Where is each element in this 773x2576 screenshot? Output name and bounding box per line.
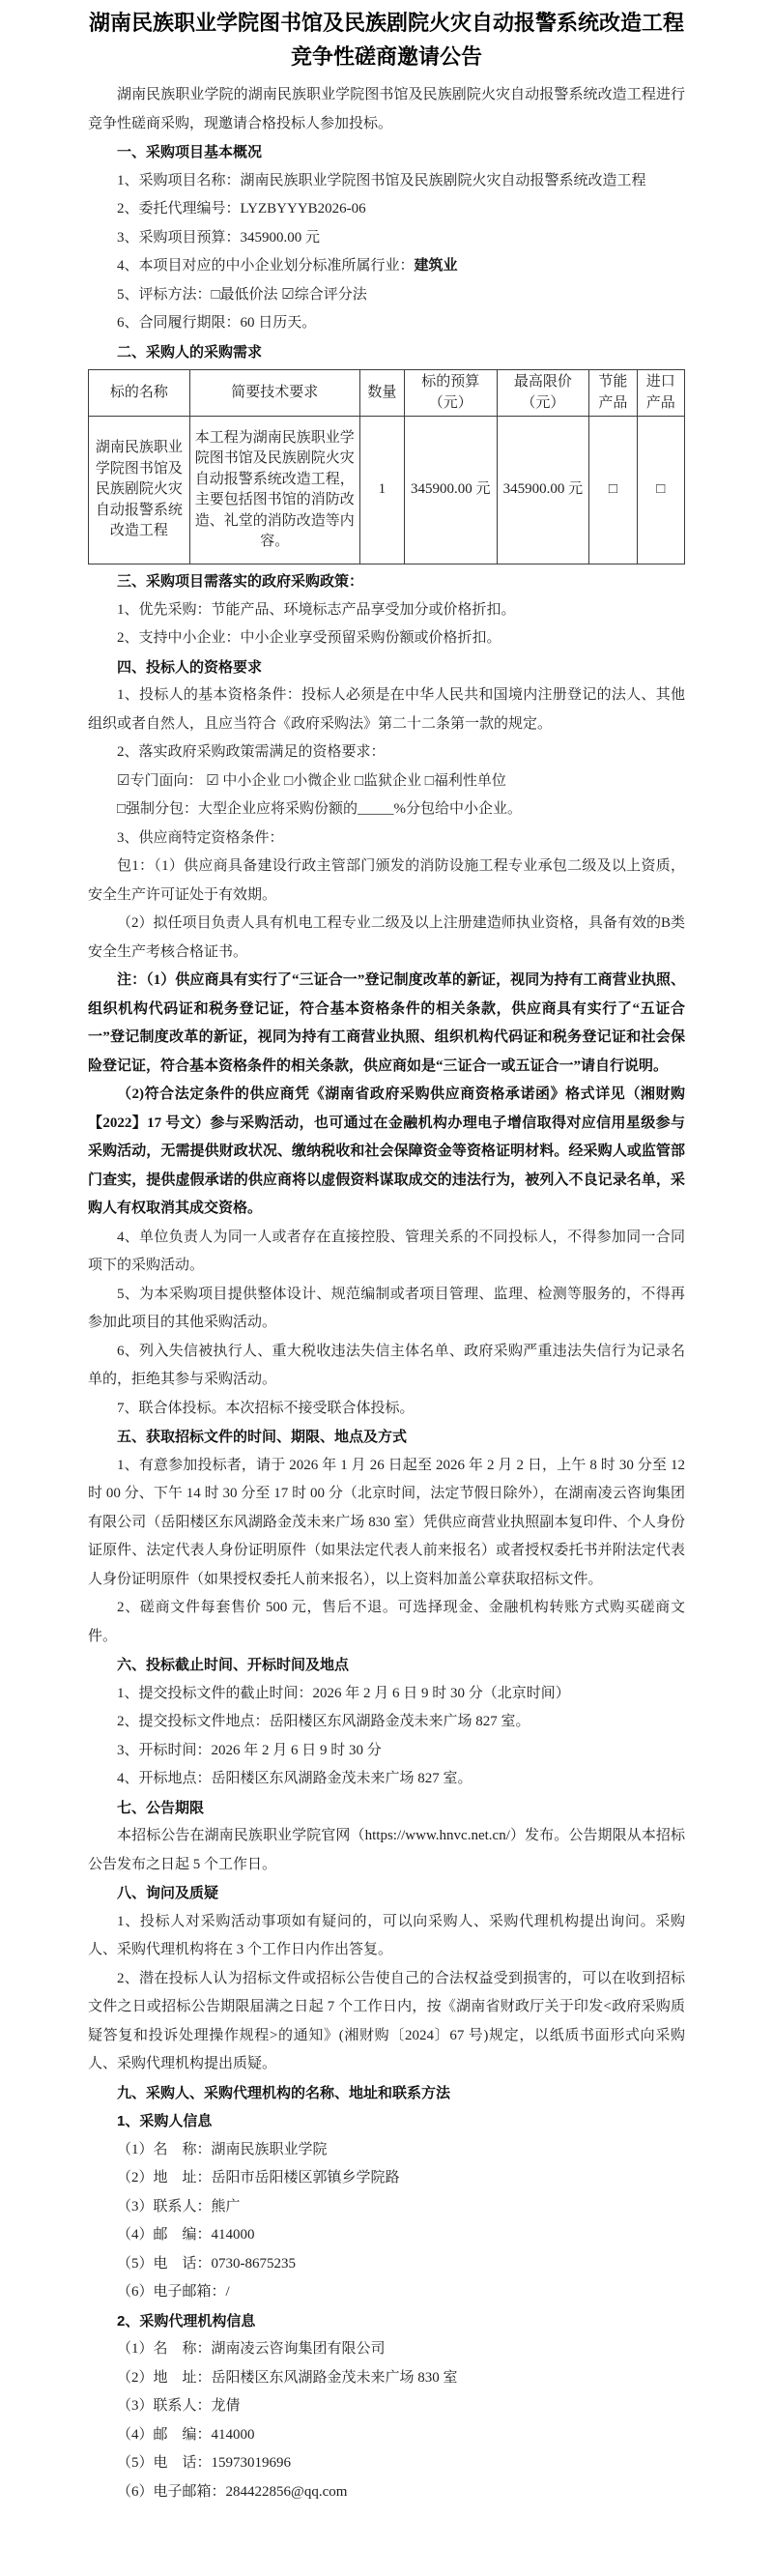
col-header-budget: 标的预算（元）	[404, 370, 497, 417]
bid-submission-place-item: 2、提交投标文件地点：岳阳楼区东风湖路金茂未来广场 827 室。	[88, 1708, 685, 1737]
energy-product-checkbox: □	[589, 417, 637, 564]
bid-opening-time-item: 3、开标时间：2026 年 2 月 6 日 9 时 30 分	[88, 1737, 685, 1766]
requirements-table: 标的名称 简要技术要求 数量 标的预算（元） 最高限价（元） 节能产品 进口产品…	[88, 369, 685, 564]
buyer-contact-item: （3）联系人：熊广	[88, 2193, 685, 2222]
agency-email-item: （6）电子邮箱：284422856@qq.com	[88, 2478, 685, 2507]
package1-requirement-2: （2）拟任项目负责人具有机电工程专业二级及以上注册建造师执业资格，具备有效的B类…	[88, 910, 685, 967]
agency-name-item: （1）名 称：湖南凌云咨询集团有限公司	[88, 2335, 685, 2364]
industry-label: 4、本项目对应的中小企业划分标准所属行业：	[117, 258, 415, 274]
table-header-row: 标的名称 简要技术要求 数量 标的预算（元） 最高限价（元） 节能产品 进口产品	[89, 370, 685, 417]
table-data-row: 湖南民族职业学院图书馆及民族剧院火灾自动报警系统改造工程 本工程为湖南民族职业学…	[89, 417, 685, 564]
agency-zipcode-item: （4）邮 编：414000	[88, 2421, 685, 2450]
section-7-heading: 七、公告期限	[88, 1794, 685, 1823]
priority-procurement-item: 1、优先采购：节能产品、环境标志产品享受加分或价格折扣。	[88, 596, 685, 625]
page-title-line-1: 湖南民族职业学院图书馆及民族剧院火灾自动报警系统改造工程	[88, 6, 685, 40]
section-1-heading: 一、采购项目基本概况	[88, 138, 685, 167]
sme-support-item: 2、支持中小企业：中小企业享受预留采购份额或价格折扣。	[88, 624, 685, 653]
specific-qualification-item: 3、供应商特定资格条件：	[88, 825, 685, 854]
section-9-heading: 九、采购人、采购代理机构的名称、地址和联系方法	[88, 2079, 685, 2108]
agency-phone-item: （5）电 话：15973019696	[88, 2449, 685, 2478]
col-header-subject-name: 标的名称	[89, 370, 190, 417]
note-paragraph-2: （2)符合法定条件的供应商凭《湖南省政府采购供应商资格承诺函》格式详见（湘财购【…	[88, 1081, 685, 1224]
section-3-heading: 三、采购项目需落实的政府采购政策：	[88, 567, 685, 596]
agency-contact-item: （3）联系人：龙倩	[88, 2392, 685, 2421]
buyer-zipcode-item: （4）邮 编：414000	[88, 2221, 685, 2250]
evaluation-method-item: 5、评标方法：□最低价法 ☑综合评分法	[88, 281, 685, 310]
cell-budget: 345900.00 元	[404, 417, 497, 564]
intro-paragraph: 湖南民族职业学院的湖南民族职业学院图书馆及民族剧院火灾自动报警系统改造工程进行竞…	[88, 81, 685, 138]
page-title: 湖南民族职业学院图书馆及民族剧院火灾自动报警系统改造工程 竞争性磋商邀请公告	[88, 0, 685, 73]
basic-qualification-item: 1、投标人的基本资格条件：投标人必须是在中华人民共和国境内注册登记的法人、其他组…	[88, 681, 685, 738]
announcement-document: 湖南民族职业学院图书馆及民族剧院火灾自动报警系统改造工程 竞争性磋商邀请公告 湖…	[88, 0, 685, 2506]
buyer-info-heading: 1、采购人信息	[88, 2107, 685, 2136]
industry-item: 4、本项目对应的中小企业划分标准所属行业：建筑业	[88, 252, 685, 281]
bid-deadline-item: 1、提交投标文件的截止时间：2026 年 2 月 6 日 9 时 30 分（北京…	[88, 1680, 685, 1709]
buyer-name-item: （1）名 称：湖南民族职业学院	[88, 2136, 685, 2165]
buyer-email-item: （6）电子邮箱：/	[88, 2278, 685, 2307]
section-5-heading: 五、获取招标文件的时间、期限、地点及方式	[88, 1423, 685, 1452]
agency-number-item: 2、委托代理编号：LYZBYYYB2026-06	[88, 195, 685, 224]
section-6-heading: 六、投标截止时间、开标时间及地点	[88, 1651, 685, 1680]
section-2-heading: 二、采购人的采购需求	[88, 338, 685, 367]
bid-opening-place-item: 4、开标地点：岳阳楼区东风湖路金茂未来广场 827 室。	[88, 1765, 685, 1794]
contract-period-item: 6、合同履行期限：60 日历天。	[88, 309, 685, 338]
cell-max-price: 345900.00 元	[497, 417, 589, 564]
targeted-checkbox-line: ☑专门面向： ☑ 中小企业 □小微企业 □监狱企业 □福利性单位	[88, 767, 685, 796]
cell-tech-requirements: 本工程为湖南民族职业学院图书馆及民族剧院火灾自动报警系统改造工程，主要包括图书馆…	[189, 417, 359, 564]
col-header-tech-requirements: 简要技术要求	[189, 370, 359, 417]
project-name-item: 1、采购项目名称：湖南民族职业学院图书馆及民族剧院火灾自动报警系统改造工程	[88, 167, 685, 196]
announcement-period-paragraph: 本招标公告在湖南民族职业学院官网（https://www.hnvc.net.cn…	[88, 1822, 685, 1879]
agency-address-item: （2）地 址：岳阳楼区东风湖路金茂未来广场 830 室	[88, 2364, 685, 2393]
buyer-phone-item: （5）电 话：0730-8675235	[88, 2250, 685, 2279]
dishonest-list-item: 6、列入失信被执行人、重大税收违法失信主体名单、政府采购严重违法失信行为记录名单…	[88, 1338, 685, 1395]
agency-info-heading: 2、采购代理机构信息	[88, 2307, 685, 2336]
policy-qualification-item: 2、落实政府采购政策需满足的资格要求：	[88, 738, 685, 767]
col-header-energy-product: 节能产品	[589, 370, 637, 417]
inquiry-item: 1、投标人对采购活动事项如有疑问的，可以向采购人、采购代理机构提出询问。采购人、…	[88, 1908, 685, 1965]
note-paragraph-1: 注：（1）供应商具有实行了“三证合一”登记制度改革的新证，视同为持有工商营业执照…	[88, 967, 685, 1081]
consortium-item: 7、联合体投标。本次招标不接受联合体投标。	[88, 1395, 685, 1424]
col-header-quantity: 数量	[359, 370, 404, 417]
col-header-max-price: 最高限价（元）	[497, 370, 589, 417]
package1-requirement-1: 包1：（1）供应商具备建设行政主管部门颁发的消防设施工程专业承包二级及以上资质，…	[88, 853, 685, 910]
industry-value: 建筑业	[415, 258, 458, 274]
same-leader-item: 4、单位负责人为同一人或者存在直接控股、管理关系的不同投标人，不得参加同一合同项…	[88, 1224, 685, 1281]
subcontract-checkbox-line: □强制分包：大型企业应将采购份额的_____%分包给中小企业。	[88, 796, 685, 825]
section-4-heading: 四、投标人的资格要求	[88, 653, 685, 682]
col-header-import-product: 进口产品	[637, 370, 684, 417]
buyer-address-item: （2）地 址：岳阳市岳阳楼区郭镇乡学院路	[88, 2164, 685, 2193]
cell-subject-name: 湖南民族职业学院图书馆及民族剧院火灾自动报警系统改造工程	[89, 417, 190, 564]
document-obtain-item: 1、有意参加投标者，请于 2026 年 1 月 26 日起至 2026 年 2 …	[88, 1452, 685, 1595]
challenge-item: 2、潜在投标人认为招标文件或招标公告使自己的合法权益受到损害的，可以在收到招标文…	[88, 1965, 685, 2079]
document-price-item: 2、磋商文件每套售价 500 元，售后不退。可选择现金、金融机构转账方式购买磋商…	[88, 1594, 685, 1651]
cell-quantity: 1	[359, 417, 404, 564]
import-product-checkbox: □	[637, 417, 684, 564]
project-budget-item: 3、采购项目预算：345900.00 元	[88, 224, 685, 253]
page-title-line-2: 竞争性磋商邀请公告	[88, 40, 685, 73]
service-provider-item: 5、为本采购项目提供整体设计、规范编制或者项目管理、监理、检测等服务的，不得再参…	[88, 1281, 685, 1338]
section-8-heading: 八、询问及质疑	[88, 1879, 685, 1908]
